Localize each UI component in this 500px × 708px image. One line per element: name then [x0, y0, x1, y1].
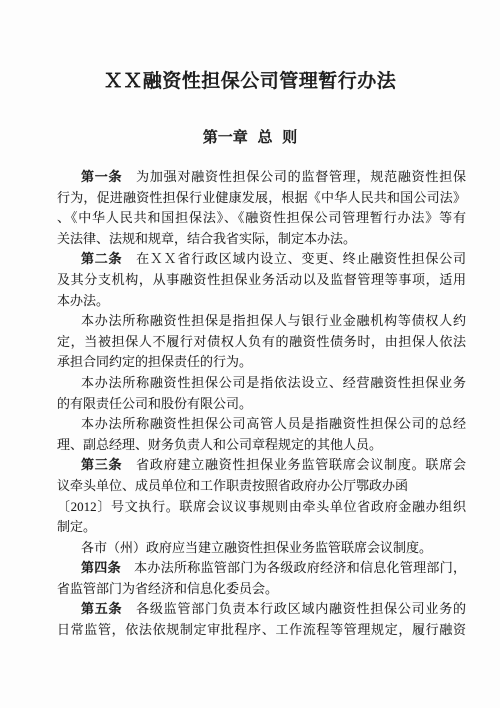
- document-line: 本办法所称融资性担保公司是指依法设立、经营融资性担保业务: [57, 373, 466, 394]
- document-line: 各市（州）政府应当建立融资性担保业务监管联席会议制度。: [57, 538, 466, 559]
- document-line: 理、副总经理、财务负责人和公司章程规定的其他人员。: [57, 435, 466, 456]
- document-title: ＸＸ融资性担保公司管理暂行办法: [0, 66, 500, 93]
- document-line: 本办法。: [57, 291, 466, 312]
- document-line: 本办法所称融资性担保是指担保人与银行业金融机构等债权人约: [57, 311, 466, 332]
- document-page: ＸＸ融资性担保公司管理暂行办法 第一章 总 则 第一条 为加强对融资性担保公司的…: [0, 0, 500, 708]
- article-label: 第三条: [81, 457, 122, 472]
- document-line: 行为，促进融资性担保行业健康发展，根据《中华人民共和国公司法》: [57, 188, 466, 209]
- document-line: 第四条 本办法所称监管部门为各级政府经济和信息化管理部门，: [57, 558, 466, 579]
- document-line: 第三条 省政府建立融资性担保业务监管联席会议制度。联席会: [57, 455, 466, 476]
- document-body: 第一条 为加强对融资性担保公司的监督管理，规范融资性担保行为，促进融资性担保行业…: [57, 167, 466, 641]
- document-line: 议牵头单位、成员单位和工作职责按照省政府办公厅鄂政办函: [57, 476, 466, 497]
- chapter-heading: 第一章 总 则: [0, 126, 500, 147]
- document-line: 第二条 在ＸＸ省行政区域内设立、变更、终止融资性担保公司: [57, 249, 466, 270]
- document-line: 制定。: [57, 517, 466, 538]
- article-label: 第五条: [81, 601, 122, 616]
- article-label: 第一条: [81, 169, 122, 184]
- article-label: 第四条: [81, 560, 121, 575]
- document-line: 日常监管，依法依规制定审批程序、工作流程等管理规定，履行融资: [57, 620, 466, 641]
- article-label: 第二条: [81, 251, 122, 266]
- document-line: 的有限责任公司和股份有限公司。: [57, 394, 466, 415]
- document-line: 及其分支机构，从事融资性担保业务活动以及监督管理等事项，适用: [57, 270, 466, 291]
- document-line: 第五条 各级监管部门负责本行政区域内融资性担保公司业务的: [57, 599, 466, 620]
- document-line: 定，当被担保人不履行对债权人负有的融资性债务时，由担保人依法: [57, 332, 466, 353]
- document-line: 本办法所称融资性担保公司高管人员是指融资性担保公司的总经: [57, 414, 466, 435]
- document-line: 关法律、法规和规章，结合我省实际，制定本办法。: [57, 229, 466, 250]
- document-line: 、《中华人民共和国担保法》、《融资性担保公司管理暂行办法》等有: [57, 208, 466, 229]
- document-line: 承担合同约定的担保责任的行为。: [57, 352, 466, 373]
- document-line: 第一条 为加强对融资性担保公司的监督管理，规范融资性担保: [57, 167, 466, 188]
- document-line: 〔2012〕号文执行。联席会议议事规则由牵头单位省政府金融办组织: [57, 497, 466, 518]
- document-line: 省监管部门为省经济和信息化委员会。: [57, 579, 466, 600]
